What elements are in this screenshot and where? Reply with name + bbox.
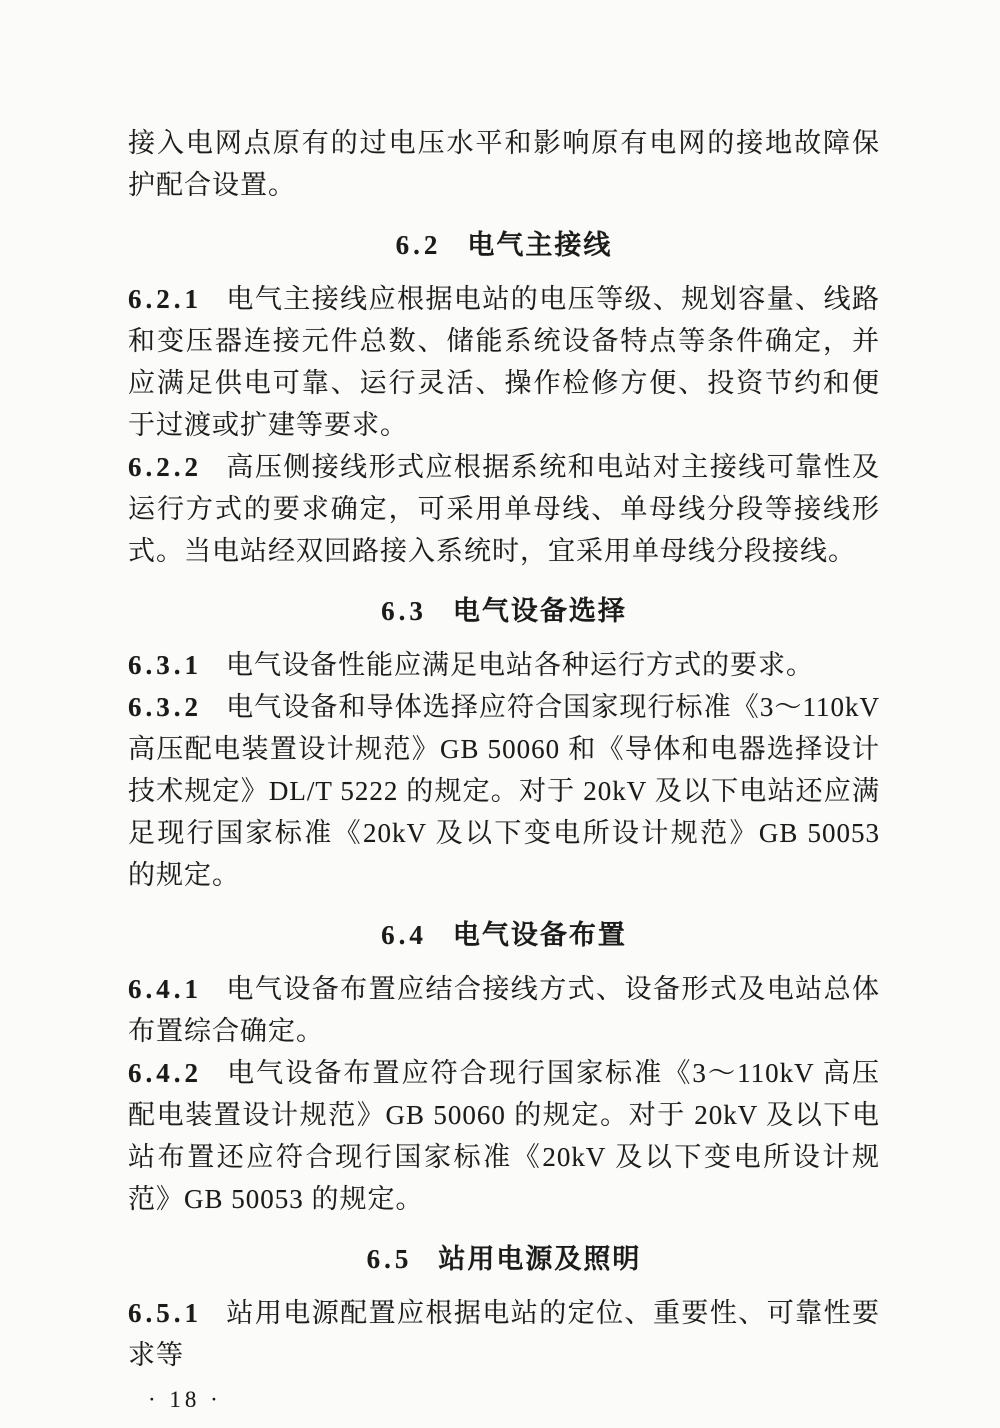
clause-number: 6.3.2 [128, 692, 202, 722]
section-heading: 6.5站用电源及照明 [128, 1238, 880, 1280]
clauses: 6.2.1电气主接线应根据电站的电压等级、规划容量、线路和变压器连接元件总数、储… [128, 278, 880, 572]
clause: 6.5.1站用电源配置应根据电站的定位、重要性、可靠性要求等 [128, 1292, 880, 1376]
clause-number: 6.2.2 [128, 452, 202, 482]
section: 6.3电气设备选择 6.3.1电气设备性能应满足电站各种运行方式的要求。 6.3… [128, 590, 880, 896]
clause: 6.3.1电气设备性能应满足电站各种运行方式的要求。 [128, 644, 880, 686]
clauses: 6.5.1站用电源配置应根据电站的定位、重要性、可靠性要求等 [128, 1292, 880, 1376]
page-number: · 18 · [128, 1384, 880, 1416]
continuation-paragraph: 接入电网点原有的过电压水平和影响原有电网的接地故障保护配合设置。 [128, 122, 880, 206]
clause-text: 电气主接线应根据电站的电压等级、规划容量、线路和变压器连接元件总数、储能系统设备… [128, 284, 880, 440]
section: 6.4电气设备布置 6.4.1电气设备布置应结合接线方式、设备形式及电站总体布置… [128, 914, 880, 1220]
section-heading-number: 6.5 [367, 1244, 413, 1274]
clause-text: 电气设备布置应结合接线方式、设备形式及电站总体布置综合确定。 [128, 974, 880, 1046]
section-heading-title: 站用电源及照明 [438, 1244, 641, 1274]
document-page: 接入电网点原有的过电压水平和影响原有电网的接地故障保护配合设置。 6.2电气主接… [0, 0, 1000, 1428]
clause-text: 电气设备性能应满足电站各种运行方式的要求。 [226, 650, 814, 680]
clause: 6.4.1电气设备布置应结合接线方式、设备形式及电站总体布置综合确定。 [128, 968, 880, 1052]
section-heading-number: 6.4 [381, 920, 427, 950]
section-heading-title: 电气设备选择 [453, 596, 627, 626]
clauses: 6.3.1电气设备性能应满足电站各种运行方式的要求。 6.3.2电气设备和导体选… [128, 644, 880, 896]
section: 6.2电气主接线 6.2.1电气主接线应根据电站的电压等级、规划容量、线路和变压… [128, 224, 880, 572]
clause: 6.2.2高压侧接线形式应根据系统和电站对主接线可靠性及运行方式的要求确定，可采… [128, 446, 880, 572]
clause-number: 6.4.1 [128, 974, 202, 1004]
clause-text: 高压侧接线形式应根据系统和电站对主接线可靠性及运行方式的要求确定，可采用单母线、… [128, 452, 880, 566]
section-heading-title: 电气设备布置 [453, 920, 627, 950]
section-heading: 6.3电气设备选择 [128, 590, 880, 632]
clause: 6.4.2电气设备布置应符合现行国家标准《3～110kV 高压配电装置设计规范》… [128, 1052, 880, 1220]
section-heading: 6.4电气设备布置 [128, 914, 880, 956]
clause-text: 电气设备和导体选择应符合国家现行标准《3～110kV 高压配电装置设计规范》GB… [128, 692, 880, 890]
section-heading-number: 6.3 [381, 596, 427, 626]
clause: 6.3.2电气设备和导体选择应符合国家现行标准《3～110kV 高压配电装置设计… [128, 686, 880, 896]
section-heading-title: 电气主接线 [467, 230, 612, 260]
clause-text: 电气设备布置应符合现行国家标准《3～110kV 高压配电装置设计规范》GB 50… [128, 1058, 880, 1214]
clauses: 6.4.1电气设备布置应结合接线方式、设备形式及电站总体布置综合确定。 6.4.… [128, 968, 880, 1220]
sections-container: 6.2电气主接线 6.2.1电气主接线应根据电站的电压等级、规划容量、线路和变压… [128, 224, 880, 1376]
clause-number: 6.5.1 [128, 1298, 202, 1328]
clause: 6.2.1电气主接线应根据电站的电压等级、规划容量、线路和变压器连接元件总数、储… [128, 278, 880, 446]
clause-text: 站用电源配置应根据电站的定位、重要性、可靠性要求等 [128, 1298, 880, 1370]
clause-number: 6.2.1 [128, 284, 202, 314]
clause-number: 6.4.2 [128, 1058, 202, 1088]
section-heading-number: 6.2 [396, 230, 442, 260]
section: 6.5站用电源及照明 6.5.1站用电源配置应根据电站的定位、重要性、可靠性要求… [128, 1238, 880, 1376]
clause-number: 6.3.1 [128, 650, 202, 680]
section-heading: 6.2电气主接线 [128, 224, 880, 266]
